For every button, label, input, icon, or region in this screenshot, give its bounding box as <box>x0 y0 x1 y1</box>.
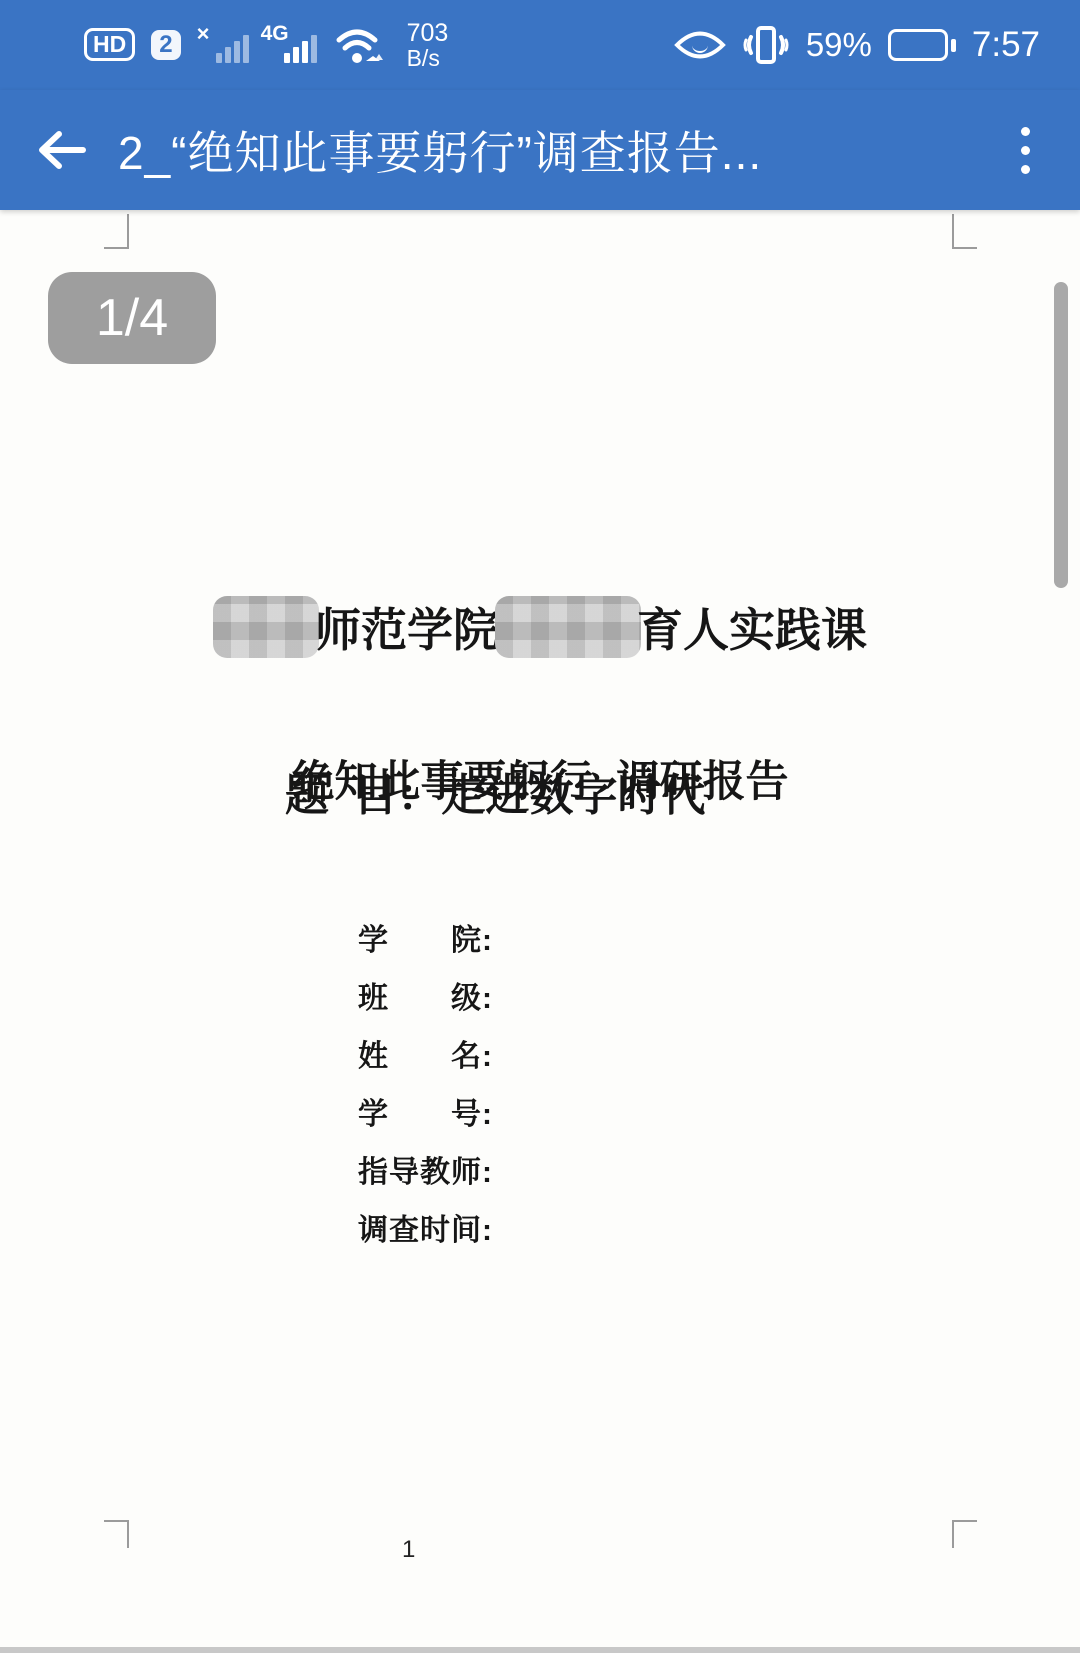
status-bar: HD 2 × 4G 703 B/s <box>0 0 1080 90</box>
field-row-name: 姓 名: <box>358 1036 493 1070</box>
sim1-signal-icon: × <box>197 23 249 67</box>
page-indicator-badge: 1/4 <box>48 272 216 364</box>
field-row-college: 学 院: <box>358 920 493 954</box>
wifi-icon <box>333 22 391 68</box>
kebab-menu-icon <box>1021 127 1030 174</box>
field-label: 班 级: <box>358 973 493 1017</box>
margin-corner-mark-bottom-right <box>952 1520 977 1548</box>
app-header: 2_“绝知此事要躬行”调查报告... <box>0 90 1080 210</box>
topic-line: 题 目：走进数字时代 <box>285 770 705 822</box>
battery-icon <box>888 29 956 61</box>
network-speed: 703 B/s <box>407 20 449 70</box>
back-button[interactable] <box>26 115 96 185</box>
vibrate-icon <box>742 24 790 66</box>
redacted-text-block <box>495 596 641 658</box>
network-speed-unit: B/s <box>407 46 449 70</box>
margin-corner-mark-top-right <box>952 214 977 249</box>
document-title: 2_“绝知此事要躬行”调查报告... <box>118 117 998 183</box>
field-label: 指导教师: <box>358 1147 493 1191</box>
scrollbar-thumb[interactable] <box>1054 282 1068 588</box>
hd-icon: HD <box>84 28 135 61</box>
margin-corner-mark-top-left <box>104 214 129 249</box>
status-bar-right: 59% 7:57 <box>674 24 1040 66</box>
field-label: 调查时间: <box>358 1205 493 1249</box>
field-label: 学 号: <box>358 1089 493 1133</box>
page-number: 1 <box>402 1536 415 1564</box>
battery-percent-label: 59% <box>806 26 872 64</box>
no-signal-x-icon: × <box>197 23 210 45</box>
field-row-student-id: 学 号: <box>358 1094 493 1128</box>
field-row-class: 班 级: <box>358 978 493 1012</box>
field-row-advisor: 指导教师: <box>358 1152 493 1186</box>
status-bar-left: HD 2 × 4G 703 B/s <box>84 20 448 70</box>
sim2-icon: 2 <box>151 30 180 60</box>
overflow-menu-button[interactable] <box>998 113 1052 187</box>
heading-text-part2: 育人实践课 <box>637 594 867 660</box>
eye-comfort-icon <box>674 27 726 63</box>
cover-fields: 学 院: 班 级: 姓 名: 学 号: 指导教师: 调查时间: <box>358 920 493 1268</box>
back-arrow-icon <box>33 127 89 173</box>
heading-text-part1: 师范学院 <box>315 594 499 660</box>
bottom-edge-bar <box>0 1647 1080 1653</box>
document-heading-line: 师范学院育人实践课 <box>0 594 1080 660</box>
field-label: 姓 名: <box>358 1031 493 1075</box>
field-row-survey-date: 调查时间: <box>358 1210 493 1244</box>
margin-corner-mark-bottom-left <box>104 1520 129 1548</box>
clock-label: 7:57 <box>972 25 1040 65</box>
sim2-signal-icon: 4G <box>265 23 317 67</box>
field-label: 学 院: <box>358 915 493 959</box>
network-speed-value: 703 <box>407 20 449 46</box>
redacted-text-block <box>213 596 319 658</box>
document-page[interactable]: 1/4 师范学院育人实践课 绝知此事要躬行 调研报告 题 目：走进数字时代 学 … <box>0 210 1080 1647</box>
